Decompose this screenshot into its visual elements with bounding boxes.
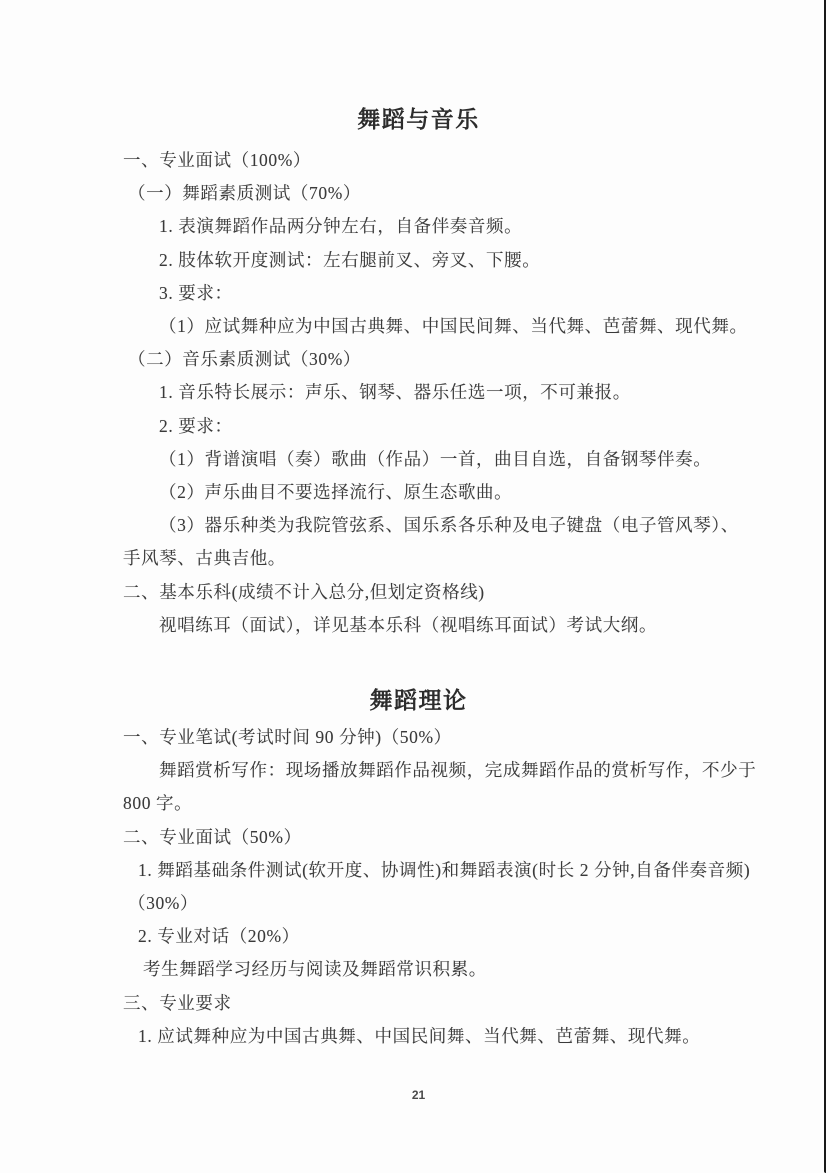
doc-line: 2. 专业对话（20%） xyxy=(138,920,714,953)
doc-line: 1. 应试舞种应为中国古典舞、中国民间舞、当代舞、芭蕾舞、现代舞。 xyxy=(138,1020,714,1053)
doc-line: 3. 要求： xyxy=(159,277,714,310)
doc-line: （3）器乐种类为我院管弦系、国乐系各乐种及电子键盘（电子管风琴）、 xyxy=(159,509,714,542)
doc-line: （二）音乐素质测试（30%） xyxy=(128,343,714,376)
doc-line: 一、专业面试（100%） xyxy=(123,144,714,177)
doc-line: 二、专业面试（50%） xyxy=(123,821,714,854)
doc-line: （一）舞蹈素质测试（70%） xyxy=(128,177,714,210)
page-content: 舞蹈与音乐 一、专业面试（100%） （一）舞蹈素质测试（70%） 1. 表演舞… xyxy=(0,102,830,1103)
section-title-dance-theory: 舞蹈理论 xyxy=(123,683,714,719)
image-right-edge-line xyxy=(824,0,827,1173)
doc-line: 手风琴、古典吉他。 xyxy=(123,542,714,575)
doc-line: 1. 音乐特长展示：声乐、钢琴、器乐任选一项，不可兼报。 xyxy=(159,376,714,409)
doc-line: 视唱练耳（面试），详见基本乐科（视唱练耳面试）考试大纲。 xyxy=(159,609,714,642)
doc-line: 三、专业要求 xyxy=(123,987,714,1020)
doc-line: 2. 要求： xyxy=(159,410,714,443)
page-number: 21 xyxy=(123,1087,714,1103)
doc-line: 一、专业笔试(考试时间 90 分钟)（50%） xyxy=(123,721,714,754)
doc-line: 二、基本乐科(成绩不计入总分,但划定资格线) xyxy=(123,576,714,609)
doc-line: （1）应试舞种应为中国古典舞、中国民间舞、当代舞、芭蕾舞、现代舞。 xyxy=(159,310,714,343)
doc-line: 2. 肢体软开度测试：左右腿前叉、旁叉、下腰。 xyxy=(159,244,714,277)
doc-line: 考生舞蹈学习经历与阅读及舞蹈常识积累。 xyxy=(143,953,714,986)
document-page: 舞蹈与音乐 一、专业面试（100%） （一）舞蹈素质测试（70%） 1. 表演舞… xyxy=(0,0,830,1173)
doc-line: （30%） xyxy=(128,887,714,920)
doc-line: 1. 表演舞蹈作品两分钟左右，自备伴奏音频。 xyxy=(159,210,714,243)
doc-line: （1）背谱演唱（奏）歌曲（作品）一首，曲目自选，自备钢琴伴奏。 xyxy=(159,443,714,476)
section-title-dance-music: 舞蹈与音乐 xyxy=(123,102,714,138)
doc-line: （2）声乐曲目不要选择流行、原生态歌曲。 xyxy=(159,476,714,509)
doc-line: 1. 舞蹈基础条件测试(软开度、协调性)和舞蹈表演(时长 2 分钟,自备伴奏音频… xyxy=(138,854,714,887)
doc-line: 舞蹈赏析写作：现场播放舞蹈作品视频，完成舞蹈作品的赏析写作，不少于 xyxy=(159,754,714,787)
doc-line: 800 字。 xyxy=(123,787,714,820)
